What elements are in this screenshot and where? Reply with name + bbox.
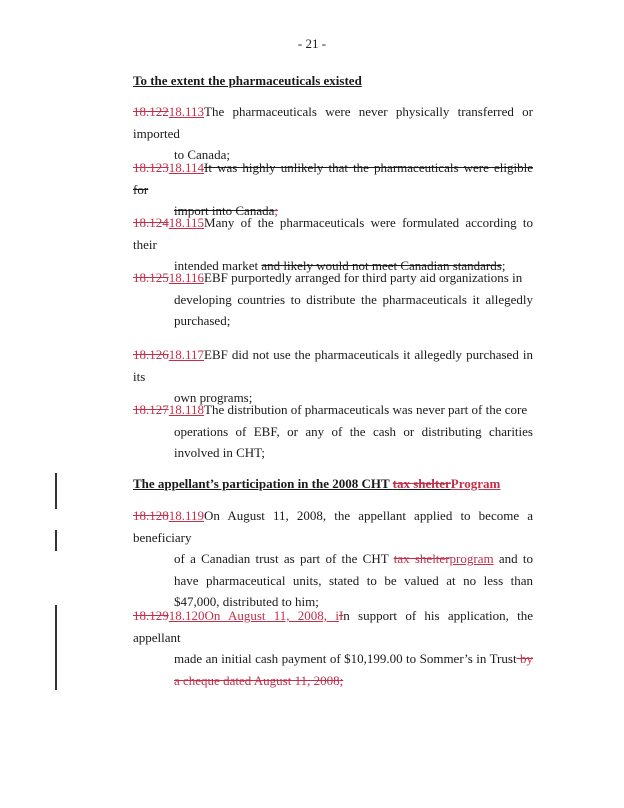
inserted-number: 18.113: [169, 104, 204, 119]
paragraph-text-cont: of a Canadian trust as part of the CHT: [174, 551, 394, 566]
inserted-text: program: [450, 551, 494, 566]
deleted-number: 18.128: [133, 508, 169, 523]
paragraph-text: EBF purportedly arranged for third party…: [204, 270, 522, 285]
change-bar: [55, 473, 57, 509]
deleted-number: 18.122: [133, 104, 169, 119]
section-heading-pharmaceuticals: To the extent the pharmaceuticals existe…: [133, 73, 362, 89]
deleted-number: 18.123: [133, 160, 169, 175]
paragraph-18-113: 18.12218.113The pharmaceuticals were nev…: [133, 101, 533, 166]
deleted-number: 18.124: [133, 215, 169, 230]
inserted-text: On August 11, 2008, i: [205, 608, 339, 623]
inserted-number: 18.114: [169, 160, 204, 175]
change-bar: [55, 530, 57, 551]
deleted-number: 18.125: [133, 270, 169, 285]
inserted-number: 18.120: [169, 608, 205, 623]
change-bar: [55, 605, 57, 690]
inserted-number: 18.118: [169, 402, 204, 417]
deleted-number: 18.127: [133, 402, 169, 417]
paragraph-18-116: 18.12518.116EBF purportedly arranged for…: [133, 267, 533, 332]
inserted-number: 18.119: [169, 508, 204, 523]
deleted-number: 18.129: [133, 608, 169, 623]
deleted-text: tax shelter: [394, 551, 450, 566]
paragraph-text-cont: developing countries to distribute the p…: [133, 289, 533, 332]
heading-text: The appellant’s participation in the 200…: [133, 476, 393, 491]
deleted-number: 18.126: [133, 347, 169, 362]
inserted-text: Program: [451, 476, 501, 491]
section-heading-participation: The appellant’s participation in the 200…: [133, 476, 500, 492]
inserted-number: 18.117: [169, 347, 204, 362]
paragraph-text: The distribution of pharmaceuticals was …: [204, 402, 527, 417]
inserted-number: 18.116: [169, 270, 204, 285]
paragraph-text-cont: operations of EBF, or any of the cash or…: [133, 421, 533, 464]
inserted-number: 18.115: [169, 215, 204, 230]
deleted-text: tax shelter: [393, 476, 451, 491]
paragraph-18-120: 18.12918.120On August 11, 2008, iIn supp…: [133, 605, 533, 691]
deleted-punct: ;: [340, 673, 344, 688]
paragraph-18-118: 18.12718.118The distribution of pharmace…: [133, 399, 533, 464]
paragraph-18-119: 18.12818.119On August 11, 2008, the appe…: [133, 505, 533, 613]
paragraph-text-cont: made an initial cash payment of $10,199.…: [174, 651, 517, 666]
page-number: - 21 -: [0, 36, 624, 52]
